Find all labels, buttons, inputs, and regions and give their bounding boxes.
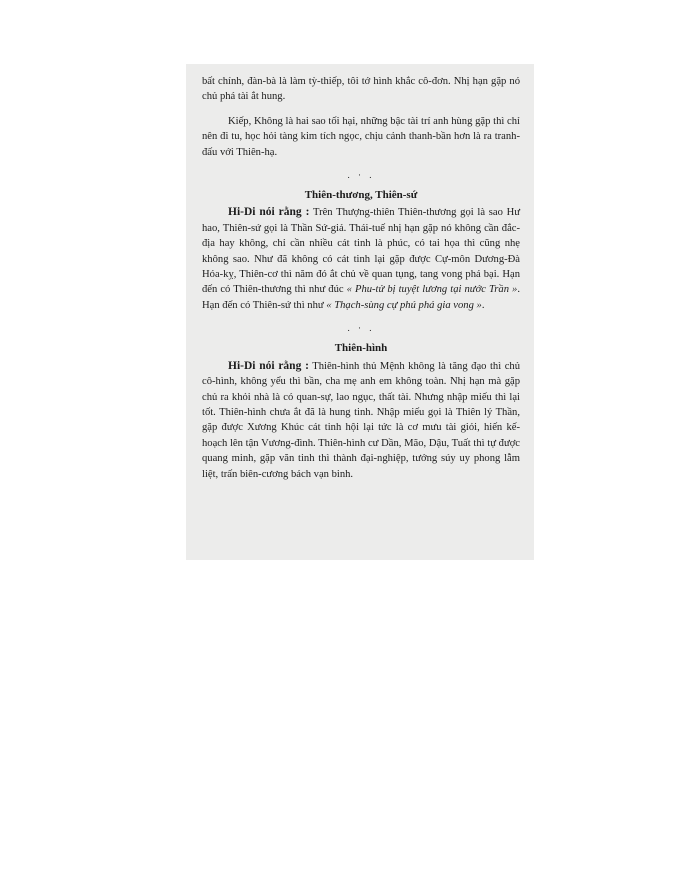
scanned-page: bất chính, đàn-bà là làm tỳ-thiếp, tôi t… [186, 64, 534, 560]
section-separator: . · . [202, 323, 520, 333]
quote-text: « Thạch-sùng cự phú phá gia vong » [326, 300, 482, 311]
body-text: Trên Thượng-thiên Thiên-thương gọi là sa… [202, 207, 520, 295]
body-text: Thiên-hình thủ Mệnh không là tăng đạo th… [202, 361, 520, 480]
section-heading-thien-thuong: Thiên-thương, Thiên-sứ [202, 188, 520, 203]
quote-text: « Phu-tử bị tuyệt lương tại nước Trần » [347, 284, 518, 295]
paragraph-top-2: Kiếp, Không là hai sao tối hại, những bậ… [202, 114, 520, 160]
section-heading-thien-hinh: Thiên-hình [202, 341, 520, 356]
lead-phrase: Hi-Di nói rằng : [228, 206, 309, 218]
paragraph-top-1: bất chính, đàn-bà là làm tỳ-thiếp, tôi t… [202, 74, 520, 105]
body-text: . [482, 300, 485, 311]
spacer [202, 105, 520, 114]
section-separator: . · . [202, 170, 520, 180]
lead-phrase: Hi-Di nói rằng : [228, 360, 309, 372]
section-body-thien-hinh: Hi-Di nói rằng : Thiên-hình thủ Mệnh khô… [202, 359, 520, 482]
section-body-thien-thuong: Hi-Di nói rằng : Trên Thượng-thiên Thiên… [202, 205, 520, 313]
